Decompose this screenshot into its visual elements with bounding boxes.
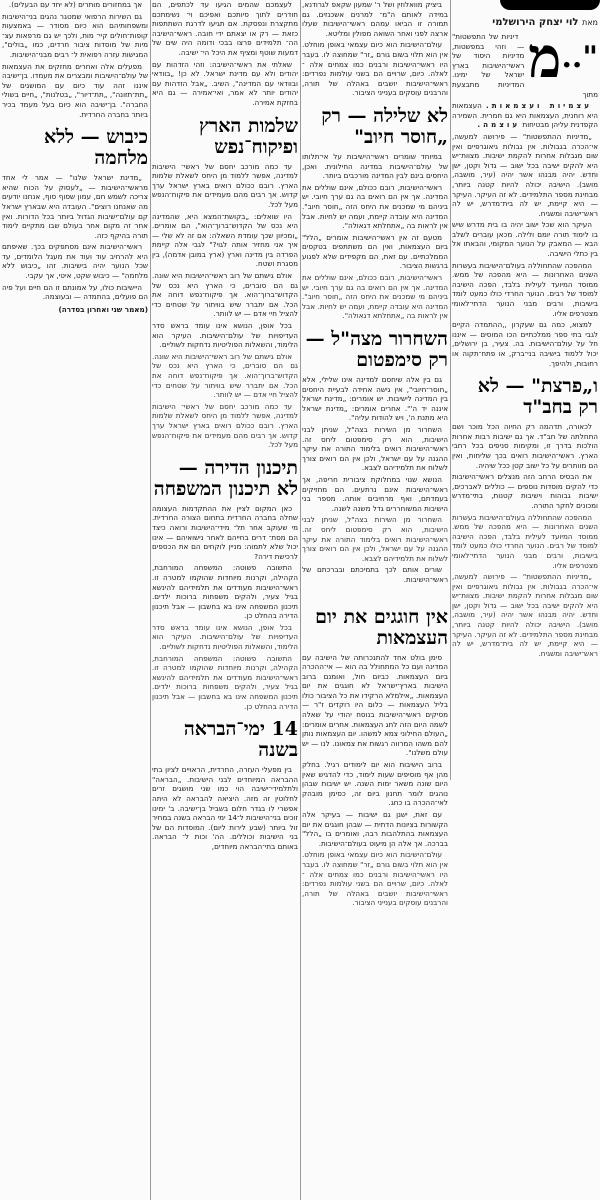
paragraph: ביציק מוואלוזין ושל ר' שמעון שקאפ לגרודנ… bbox=[302, 0, 448, 38]
paragraph: בין מפעלי העזרה, החרדית, הראויים לציון ב… bbox=[152, 765, 298, 851]
paragraph: התשובה פשוטה: המשפחה המורחבת, הקהילה, וק… bbox=[152, 563, 298, 621]
paragraph: סימן בולט אחד להתנכרותה של הישיבה עם המד… bbox=[302, 653, 448, 759]
byline-author: לוי יצחק הירושלמי bbox=[492, 17, 578, 28]
paragraph: עולם־הישיבות הוא כיום עצמאי באופן מוחלט.… bbox=[302, 850, 448, 908]
paragraph: הנושא שנוי במחלוקת ציבורית חריפה, אך ראש… bbox=[302, 475, 448, 513]
paragraph: ראשי־הישיבות, רובם ככולם, אינם שוללים את… bbox=[302, 183, 448, 231]
paragraph: השחרור מן השירות בצה"ל, שניתן לבני הישיב… bbox=[302, 515, 448, 563]
paragraph: לכאורה, תדהמה רק החיוה הכל מוכר ושם התחל… bbox=[452, 422, 598, 470]
paragraph: „מדיניות ההתפשטות" — פירושה למעשה, אי־הכ… bbox=[452, 132, 598, 218]
drop-cap: "..מ bbox=[528, 32, 598, 84]
paragraph: אולם גישתם של רוב ראשי־הישיבות היא שונה.… bbox=[152, 271, 298, 319]
byline: מאת לוי יצחק הירושלמי bbox=[452, 16, 598, 29]
article-column-4: אך במחזורים מותרים (לא יחד עם הבעלים). ג… bbox=[2, 0, 148, 420]
paragraph: המהפכה שהתחוללה בעולם־הישיבות בעשרות השנ… bbox=[452, 513, 598, 571]
article-column-1: מאת לוי יצחק הירושלמי "..מ דיניות של התפ… bbox=[452, 0, 598, 784]
subheadline-shlemut: שלמות הארץ ופיקוח־נפש bbox=[152, 116, 298, 158]
paragraph: עד כמה מורכב יחסם של ראשי־ הישיבות למדינ… bbox=[152, 402, 298, 450]
paragraph: אך במחזורים מותרים (לא יחד עם הבעלים). bbox=[2, 0, 148, 10]
paragraph: התשובה פשוטה: המשפחה המורחבת, הקהילה, וק… bbox=[152, 654, 298, 712]
paragraph: שאלתי את ראשי־הישיבה: וזהי הזדהות עם יהו… bbox=[152, 60, 298, 108]
paragraph: ראשי־הישיבות אינם מסתפקים בכך. שאיפתם הי… bbox=[2, 242, 148, 280]
paragraph: לעצמכם שהמים הגיעו עד לכתפים, הם חודרים … bbox=[152, 0, 298, 58]
byline-prefix: מאת bbox=[582, 18, 598, 27]
subheadline-hashichrur: השחרור מצה"ל — רק סימפטום bbox=[302, 329, 448, 371]
subheadline-yemei-havraa: 14 ימי־הבראה בשנה bbox=[152, 719, 298, 761]
paragraph: למצוא, כמה גם שעקרון ,,ההתמדה הקיים לגבי… bbox=[452, 320, 598, 368]
newspaper-page: מאת לוי יצחק הירושלמי "..מ דיניות של התפ… bbox=[0, 0, 600, 1200]
subheadline-tichnun: תיכנון הדירה — לא תיכנון המשפחה bbox=[152, 458, 298, 500]
paragraph: ראשי־הישיבות, רובם ככולם, אינם שוללים את… bbox=[302, 273, 448, 321]
subheadline-lo-shlila: לא שלילה — רק „חוסר חיוב" bbox=[302, 106, 448, 148]
paragraph: אולם גישתם של רוב ראשי־הישיבות היא שונה.… bbox=[152, 352, 298, 400]
column-rule bbox=[150, 0, 151, 1200]
paragraph: העיקר הוא שכל ישוב יהיה בו בית מדרש שיש … bbox=[452, 220, 598, 258]
paragraph: המהפכה שהתחוללה בעולם־הישיבות בעשרות השנ… bbox=[452, 261, 598, 319]
emphasized-text: עצמיות ועצמאות. bbox=[486, 101, 592, 110]
paragraph: במיוחד שומרים ראשי־הישיבות על אי־תלותו ש… bbox=[302, 152, 448, 181]
paragraph: מטעם זה אין ראשי־הישיבות אומרים „הלל" בי… bbox=[302, 233, 448, 271]
paragraph: גם השירות הרפואי שמטגר נהגים בני־הישיבות… bbox=[2, 12, 148, 60]
column-rule bbox=[450, 0, 451, 780]
paragraph: את הבסיס הרחב הזה מנצלים ראשי־הישיבות כד… bbox=[452, 472, 598, 510]
paragraph: ברוב הישיבות הוא יום לימודים רגיל. בחלק … bbox=[302, 760, 448, 808]
article-column-2: ביציק מוואלוזין ושל ר' שמעון שקאפ לגרודנ… bbox=[302, 0, 448, 1200]
article-column-3: לעצמכם שהמים הגיעו עד לכתפים, הם חודרים … bbox=[152, 0, 298, 1200]
subheadline-hafratzti: ו„פרצת" — לא רק בחב"ד bbox=[452, 376, 598, 418]
series-note: (מאמר שני ואחרון בסדרה) bbox=[2, 305, 148, 315]
paragraph: גם בין אלה שיחסם למדינה אינו שלילי, אלא … bbox=[302, 375, 448, 423]
paragraph: „מדינת ישראל שלנו" — אמר לי אחד מראשי־הי… bbox=[2, 173, 148, 240]
paragraph: כאן המקום לציין את ההתקדמות העצומה שחלה … bbox=[152, 504, 298, 562]
paragraph: עד כמה מורכב יחסם של ראשי־ הישיבות למדינ… bbox=[152, 162, 298, 210]
subheadline-ein-hogegim: אין חוגגים את יום העצמאות bbox=[302, 607, 448, 649]
paragraph: עולם־הישיבות הוא כיום עצמאי באופן מוחלט.… bbox=[302, 40, 448, 98]
paragraph: מפעלים אלה ואחרים מחזקים את העצמאות של ע… bbox=[2, 62, 148, 120]
paragraph: בכל אופן, הנושא אינו עומד בראש סדר העדיפ… bbox=[152, 321, 298, 350]
column-rule bbox=[300, 0, 301, 1200]
paragraph: שורים אותם לכך בתמיכתם ובברכתם של ראשי־ה… bbox=[302, 565, 448, 584]
paragraph: בכל אופן, הנושא אינו עומד בראש סדר העדיפ… bbox=[152, 623, 298, 652]
paragraph: „מדיניות ההתפשטות" — פירושה למעשה, אי־הכ… bbox=[452, 572, 598, 658]
lead-paragraph: "..מ דיניות של התפשטות" — וזהי במפשטות, … bbox=[452, 32, 598, 101]
paragraph: היו שואלים: „בקושת־המצא היא, שהמדינה היא… bbox=[152, 212, 298, 270]
subheadline-kibush: כיבוש — ללא מלחמה bbox=[2, 127, 148, 169]
paragraph: היישיבות כולו, על אמונתם זו הם חיים ועל … bbox=[2, 283, 148, 302]
paragraph: השחרור מן השירות בצה"ל, שניתן לבני הישיב… bbox=[302, 425, 448, 473]
paragraph: עם זאת, ישנן גם ישיבות — בעיקר אלה הקשור… bbox=[302, 810, 448, 848]
